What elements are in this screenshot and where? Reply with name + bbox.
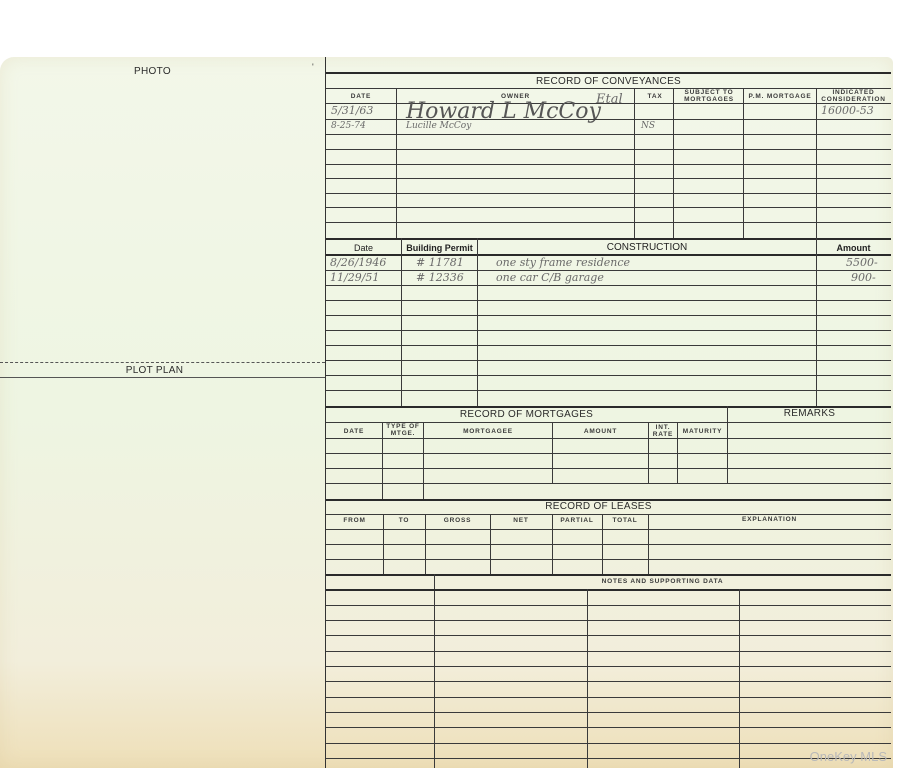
property-record-card: PHOTO ' PLOT PLAN RECORD OF CONVEYANCES … [0, 57, 893, 768]
constr-header-amount: Amount [816, 243, 891, 253]
tick-mark: ' [312, 62, 314, 72]
col-line [383, 514, 384, 574]
col-line [816, 88, 817, 238]
mtg-header-int-rate: INT. RATE [649, 424, 677, 438]
photo-label: PHOTO [0, 66, 315, 77]
divider [326, 270, 891, 271]
constr-row2-date: 11/29/51 [330, 271, 379, 284]
mortgages-title: RECORD OF MORTGAGES [326, 409, 727, 420]
col-line [648, 422, 649, 483]
conv-header-consideration: INDICATED CONSIDERATION [816, 89, 891, 103]
lease-header-explanation: EXPLANATION [648, 516, 891, 523]
conveyances-title: RECORD OF CONVEYANCES [326, 76, 891, 87]
col-line [648, 514, 649, 574]
divider [326, 666, 891, 667]
constr-header-date: Date [326, 243, 401, 253]
divider [326, 300, 891, 301]
col-line [816, 238, 817, 406]
mtg-header-mortgagee: MORTGAGEE [424, 428, 552, 435]
col-line [673, 88, 674, 238]
leases-title: RECORD OF LEASES [326, 501, 871, 512]
col-line [382, 422, 383, 499]
divider [326, 635, 891, 636]
plot-plan-top-line [0, 362, 325, 363]
notes-title: NOTES AND SUPPORTING DATA [434, 578, 891, 585]
divider [326, 589, 891, 591]
divider [326, 72, 891, 74]
divider [326, 559, 891, 560]
conv-header-tax: TAX [636, 93, 674, 100]
divider [326, 727, 891, 728]
constr-row2-description: one car C/B garage [496, 271, 604, 284]
mtg-header-amount: AMOUNT [553, 428, 648, 435]
divider [326, 697, 891, 698]
conv-row1-date: 5/31/63 [331, 104, 373, 117]
col-line [602, 514, 603, 574]
plot-plan-bottom-line [0, 377, 325, 378]
constr-row1-amount: 5500- [846, 256, 878, 269]
divider [326, 119, 891, 120]
divider [326, 529, 891, 530]
col-line [423, 422, 424, 499]
lease-header-partial: PARTIAL [552, 517, 602, 524]
divider [326, 330, 891, 331]
divider [326, 193, 891, 194]
constr-header-construction: CONSTRUCTION [478, 242, 816, 253]
conv-row1-owner-note: Etal [596, 92, 623, 107]
divider [326, 468, 891, 469]
col-line [552, 422, 553, 483]
divider [326, 620, 891, 621]
divider [326, 360, 891, 361]
divider [326, 222, 891, 223]
divider [326, 483, 891, 484]
conv-header-pm: P.M. MORTGAGE [744, 93, 816, 100]
conv-header-subject: SUBJECT TO MORTGAGES [674, 89, 744, 103]
col-line [634, 88, 635, 238]
divider [326, 390, 891, 391]
col-line [396, 88, 397, 238]
col-line [401, 238, 402, 406]
constr-row1-permit: # 11781 [416, 256, 464, 269]
constr-row1-date: 8/26/1946 [330, 256, 386, 269]
divider [326, 605, 891, 606]
divider [326, 88, 891, 89]
divider [326, 375, 891, 376]
conv-row1-consideration: 16000-53 [821, 104, 874, 117]
forms-area: RECORD OF CONVEYANCES DATE OWNER TAX SUB… [325, 57, 891, 768]
divider [326, 514, 891, 515]
divider [326, 544, 891, 545]
divider [326, 345, 891, 346]
conv-row2-owner: Lucille McCoy [406, 121, 471, 131]
mtg-header-type: TYPE OF MTGE. [383, 423, 423, 437]
mtg-header-maturity: MATURITY [678, 428, 727, 435]
divider [326, 438, 891, 439]
divider [326, 207, 891, 208]
constr-row2-permit: # 12336 [416, 271, 464, 284]
divider [326, 743, 891, 744]
mtg-header-date: DATE [326, 428, 382, 435]
constr-header-permit: Building Permit [401, 243, 478, 253]
plot-plan-label: PLOT PLAN [0, 365, 317, 376]
divider [326, 164, 891, 165]
lease-header-net: NET [490, 517, 552, 524]
divider [326, 651, 891, 652]
lease-header-gross: GROSS [425, 517, 490, 524]
constr-row2-amount: 900- [851, 271, 876, 284]
divider [326, 453, 891, 454]
divider [326, 681, 891, 682]
conv-header-date: DATE [326, 93, 396, 100]
col-line [677, 422, 678, 483]
col-line [490, 514, 491, 574]
col-line [552, 514, 553, 574]
col-line [587, 589, 588, 768]
divider [326, 149, 891, 150]
watermark: OneKey MLS [810, 749, 887, 764]
col-line [477, 238, 478, 406]
col-line [743, 88, 744, 238]
lease-header-from: FROM [326, 517, 383, 524]
divider [326, 285, 891, 286]
lease-header-to: TO [383, 517, 425, 524]
left-panel: PHOTO ' PLOT PLAN [0, 57, 325, 768]
divider [326, 238, 891, 240]
divider [326, 758, 891, 759]
conv-row2-date: 8-25-74 [331, 121, 366, 131]
remarks-title: REMARKS [728, 408, 891, 419]
divider [326, 178, 891, 179]
conv-row2-tax: NS [641, 121, 655, 131]
divider [326, 315, 891, 316]
divider [326, 712, 891, 713]
divider [326, 574, 891, 576]
divider [326, 134, 891, 135]
col-line [727, 406, 728, 483]
col-line [434, 574, 435, 768]
constr-row1-description: one sty frame residence [496, 256, 630, 269]
lease-header-total: TOTAL [602, 517, 648, 524]
col-line [425, 514, 426, 574]
col-line [739, 589, 740, 768]
